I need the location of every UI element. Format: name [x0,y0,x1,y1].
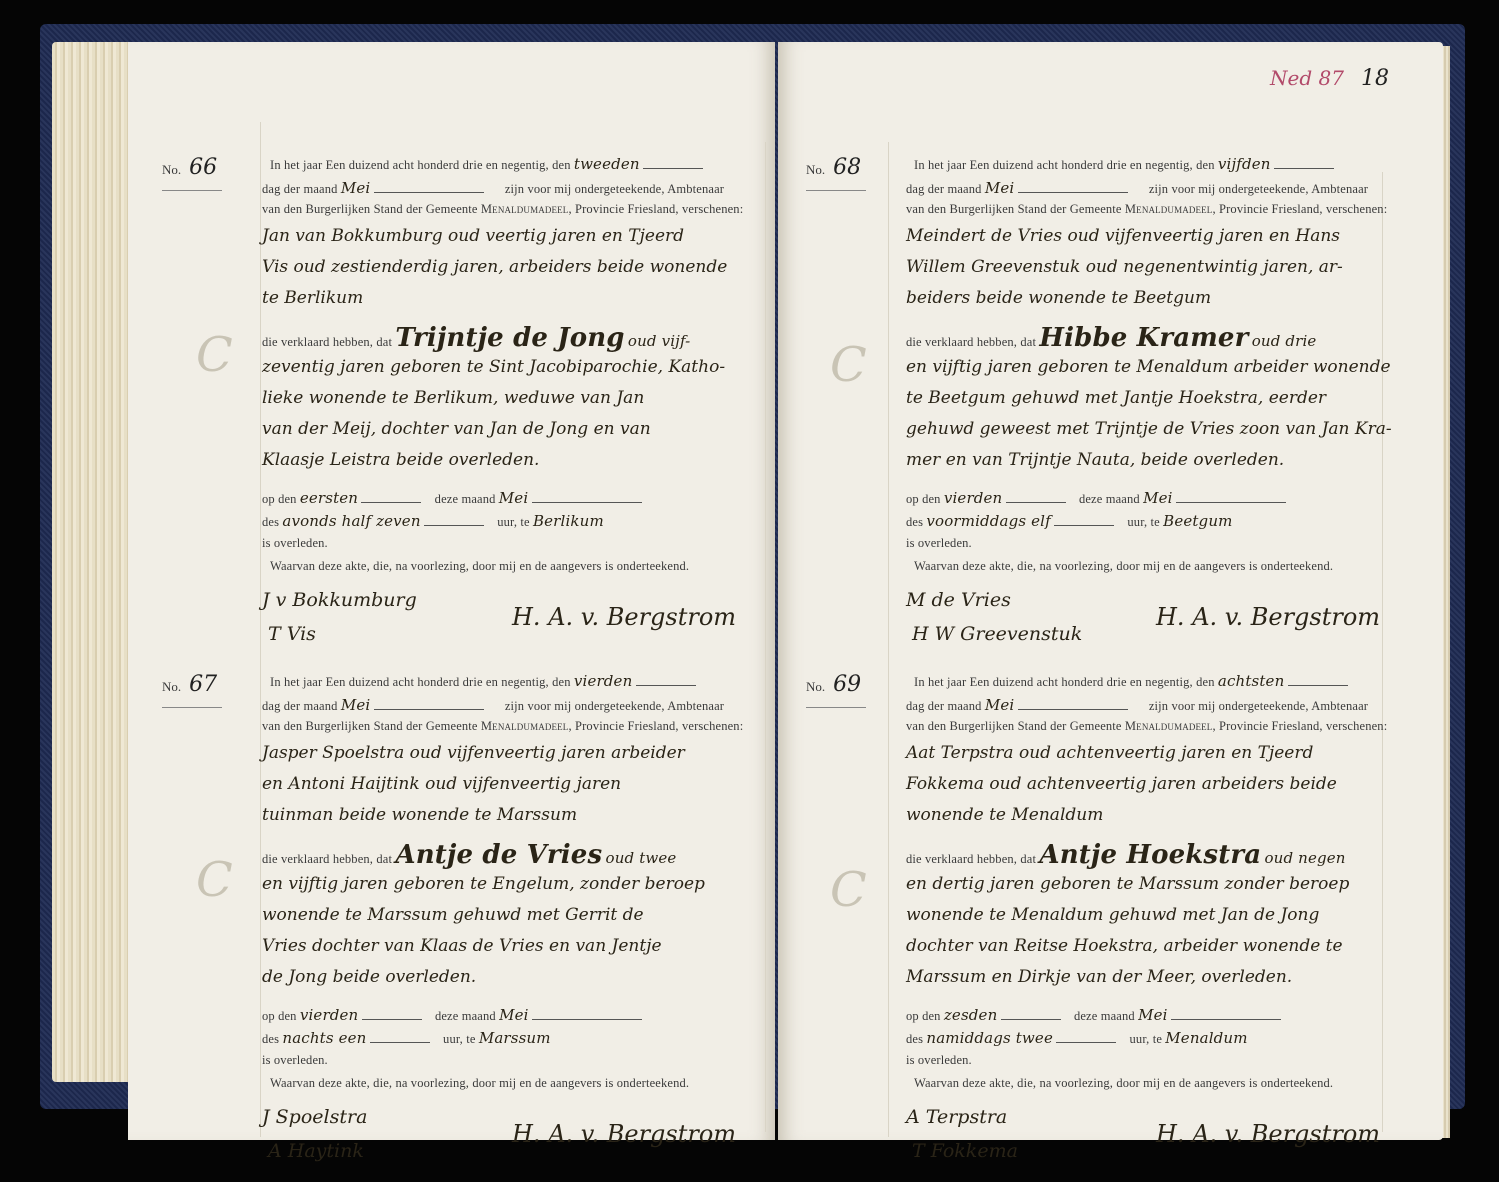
handwritten-text: Berlikum [533,512,604,530]
record-month: Mei [341,696,370,714]
handwritten-line: tuinman beide wonende te Marssum [262,805,862,836]
handwritten-line: te Beetgum gehuwd met Jantje Hoekstra, e… [906,388,1499,419]
printed-text: van den Burgerlijken Stand der Gemeente [262,719,478,733]
record-month: Mei [985,179,1014,197]
signature-witness-1: J v Bokkumburg [262,589,417,611]
printed-text: op den [906,1009,941,1023]
printed-text: deze maand [1074,1009,1135,1023]
signature-registrar: H. A. v. Bergstrom [1156,1120,1380,1148]
witnesses-block: Aat Terpstra oud achtenveertig jaren en … [906,743,1499,836]
printed-text: Menaldumadeel [481,719,569,733]
handwritten-line: Aat Terpstra oud achtenveertig jaren en … [906,743,1499,774]
signature-witness-2: H W Greevenstuk [912,623,1082,645]
printed-text: dag der maand [906,699,982,713]
handwritten-line: en Antoni Haijtink oud vijfenveertig jar… [262,774,862,805]
printed-text: des [906,515,923,529]
handwritten-text: namiddags twee [926,1029,1053,1047]
handwritten-text: 66 [189,155,217,180]
page-edges-left [52,42,132,1082]
declared-line: die verklaard hebben, dat Antje de Vries… [262,840,862,874]
handwritten-line: de Jong beide overleden. [262,967,862,998]
printed-text: Menaldumadeel [1125,719,1213,733]
handwritten-line: wonende te Marssum gehuwd met Gerrit de [262,905,862,936]
printed-text: uur, te [1127,515,1159,529]
record-number: No.69 [806,672,866,708]
handwritten-text: zesden [944,1006,998,1024]
printed-text: deze maand [435,492,496,506]
blank-rule [1288,684,1348,686]
handwritten-line: te Berlikum [262,288,862,319]
printed-text: op den [262,1009,297,1023]
death-record-68: No.68 In het jaar Een duizend acht honde… [906,155,1499,673]
deceased-name: Hibbe Kramer [1039,323,1248,353]
declared-line: die verklaard hebben, dat Trijntje de Jo… [262,323,862,357]
printed-text: deze maand [435,1009,496,1023]
handwritten-text: oud negen [1265,849,1346,867]
handwritten-line: en vijftig jaren geboren te Menaldum arb… [906,357,1499,388]
handwritten-text: Marssum [479,1029,551,1047]
death-record-66: No.66 In het jaar Een duizend acht honde… [262,155,862,673]
printed-text: In het jaar Een duizend acht honderd dri… [914,158,1215,172]
blank-rule [1176,501,1286,503]
printed-text: , Provincie Friesland, verschenen: [568,719,743,733]
page-number: 18 [1361,66,1389,91]
blank-rule [374,191,484,193]
handwritten-line: lieke wonende te Berlikum, weduwe van Ja… [262,388,862,419]
details-block: en vijftig jaren geboren te Menaldum arb… [906,357,1499,481]
record-line-municipality: van den Burgerlijken Stand der Gemeente … [906,719,1499,743]
handwritten-text: voormiddags elf [926,512,1050,530]
blank-rule [374,708,484,710]
handwritten-line: Jan van Bokkumburg oud veertig jaren en … [262,226,862,257]
handwritten-text: Mei [499,1006,528,1024]
record-number: No.66 [162,155,222,191]
folio-number: Ned 87 18 [1270,66,1389,91]
closing-line: Waarvan deze akte, die, na voorlezing, d… [262,1076,862,1100]
signatures: A Terpstra T Fokkema H. A. v. Bergstrom [906,1100,1499,1182]
printed-text: die verklaard hebben, dat [906,852,1036,866]
record-line-year: In het jaar Een duizend acht honderd dri… [262,672,862,696]
printed-text: dag der maand [262,182,338,196]
blank-rule [636,684,696,686]
death-record-69: No.69 In het jaar Een duizend acht honde… [906,672,1499,1182]
printed-text: , Provincie Friesland, verschenen: [568,202,743,216]
printed-text: van den Burgerlijken Stand der Gemeente [906,202,1122,216]
signatures: J Spoelstra A Haytink H. A. v. Bergstrom [262,1100,862,1182]
printed-text: No. [162,679,181,694]
printed-text: Menaldumadeel [1125,202,1213,216]
record-line-month: dag der maand Mei zijn voor mij onderget… [906,179,1499,203]
printed-text: uur, te [497,515,529,529]
blank-rule [1018,191,1128,193]
printed-text: van den Burgerlijken Stand der Gemeente [262,202,478,216]
signature-registrar: H. A. v. Bergstrom [512,1120,736,1148]
details-block: en vijftig jaren geboren te Engelum, zon… [262,874,862,998]
record-month: Mei [985,696,1014,714]
death-date-line: op den zesden deze maand Mei [906,1006,1499,1030]
record-line-year: In het jaar Een duizend acht honderd dri… [262,155,862,179]
blank-rule [643,167,703,169]
printed-text: zijn voor mij ondergeteekende, Ambtenaar [505,699,724,713]
blank-rule [1001,1018,1061,1020]
printed-text: die verklaard hebben, dat [262,335,392,349]
printed-text: dag der maand [906,182,982,196]
handwritten-line: gehuwd geweest met Trijntje de Vries zoo… [906,419,1499,450]
printed-text: uur, te [1130,1032,1162,1046]
deceased-name: Antje Hoekstra [1039,840,1261,870]
handwritten-text: Mei [499,489,528,507]
declared-line: die verklaard hebben, dat Antje Hoekstra… [906,840,1499,874]
printed-text: No. [806,162,825,177]
printed-text: zijn voor mij ondergeteekende, Ambtenaar [505,182,724,196]
overleden-line: is overleden. [262,1053,862,1077]
printed-text: zijn voor mij ondergeteekende, Ambtenaar [1149,182,1368,196]
signature-registrar: H. A. v. Bergstrom [1156,603,1380,631]
handwritten-text: 69 [833,672,861,697]
signature-witness-1: J Spoelstra [262,1106,367,1128]
printed-text: , Provincie Friesland, verschenen: [1212,202,1387,216]
blank-rule [1171,1018,1281,1020]
death-date-line: op den vierden deze maand Mei [262,1006,862,1030]
overleden-line: is overleden. [906,536,1499,560]
handwritten-text: Beetgum [1163,512,1232,530]
printed-text: op den [906,492,941,506]
handwritten-line: dochter van Reitse Hoekstra, arbeider wo… [906,936,1499,967]
record-day: vierden [574,672,633,690]
record-number: No.67 [162,672,222,708]
handwritten-text: 68 [833,155,861,180]
closing-line: Waarvan deze akte, die, na voorlezing, d… [262,559,862,583]
handwritten-text: avonds half zeven [282,512,420,530]
deceased-name: Trijntje de Jong [395,323,624,353]
death-time-line: des voormiddags elf uur, te Beetgum [906,512,1499,536]
handwritten-line: Willem Greevenstuk oud negenentwintig ja… [906,257,1499,288]
printed-text: des [262,1032,279,1046]
record-line-month: dag der maand Mei zijn voor mij onderget… [906,696,1499,720]
deceased-name: Antje de Vries [395,840,602,870]
record-line-month: dag der maand Mei zijn voor mij onderget… [262,696,862,720]
details-block: zeventig jaren geboren te Sint Jacobipar… [262,357,862,481]
record-line-year: In het jaar Een duizend acht honderd dri… [906,672,1499,696]
signature-witness-1: M de Vries [906,589,1011,611]
blank-rule [1056,1041,1116,1043]
handwritten-text: 67 [189,672,217,697]
handwritten-line: en vijftig jaren geboren te Engelum, zon… [262,874,862,905]
death-date-line: op den eersten deze maand Mei [262,489,862,513]
record-month: Mei [341,179,370,197]
handwritten-line: en dertig jaren geboren te Marssum zonde… [906,874,1499,905]
printed-text: In het jaar Een duizend acht honderd dri… [914,675,1215,689]
details-block: en dertig jaren geboren te Marssum zonde… [906,874,1499,998]
record-day: tweeden [574,155,640,173]
death-time-line: des namiddags twee uur, te Menaldum [906,1029,1499,1053]
printed-text: In het jaar Een duizend acht honderd dri… [270,675,571,689]
handwritten-line: Vis oud zestienderdig jaren, arbeiders b… [262,257,862,288]
handwritten-line: Vries dochter van Klaas de Vries en van … [262,936,862,967]
handwritten-line: wonende te Menaldum [906,805,1499,836]
printed-text: In het jaar Een duizend acht honderd dri… [270,158,571,172]
handwritten-text: Mei [1138,1006,1167,1024]
blank-rule [1274,167,1334,169]
handwritten-line: Jasper Spoelstra oud vijfenveertig jaren… [262,743,862,774]
death-date-line: op den vierden deze maand Mei [906,489,1499,513]
blank-rule [362,1018,422,1020]
signature-witness-2: A Haytink [268,1140,364,1162]
blank-rule [424,524,484,526]
margin-rule [888,142,889,1137]
record-number: No.68 [806,155,866,191]
printed-text: dag der maand [262,699,338,713]
printed-text: op den [262,492,297,506]
ghost-mark: C [196,327,233,383]
printed-text: des [262,515,279,529]
signature-witness-2: T Fokkema [912,1140,1018,1162]
handwritten-line: van der Meij, dochter van Jan de Jong en… [262,419,862,450]
handwritten-text: nachts een [282,1029,366,1047]
record-line-municipality: van den Burgerlijken Stand der Gemeente … [262,719,862,743]
printed-text: , Provincie Friesland, verschenen: [1212,719,1387,733]
signatures: J v Bokkumburg T Vis H. A. v. Bergstrom [262,583,862,673]
ghost-mark: C [196,852,233,908]
handwritten-line: Marssum en Dirkje van der Meer, overlede… [906,967,1499,998]
handwritten-line: Klaasje Leistra beide overleden. [262,450,862,481]
signature-witness-2: T Vis [268,623,316,645]
margin-rule [260,122,261,1137]
printed-text: uur, te [443,1032,475,1046]
printed-text: die verklaard hebben, dat [262,852,392,866]
handwritten-line: Fokkema oud achtenveertig jaren arbeider… [906,774,1499,805]
printed-text: zijn voor mij ondergeteekende, Ambtenaar [1149,699,1368,713]
death-time-line: des nachts een uur, te Marssum [262,1029,862,1053]
death-record-67: No.67 In het jaar Een duizend acht honde… [262,672,862,1182]
death-time-line: des avonds half zeven uur, te Berlikum [262,512,862,536]
handwritten-line: zeventig jaren geboren te Sint Jacobipar… [262,357,862,388]
witnesses-block: Jan van Bokkumburg oud veertig jaren en … [262,226,862,319]
record-line-year: In het jaar Een duizend acht honderd dri… [906,155,1499,179]
blank-rule [370,1041,430,1043]
handwritten-text: vierden [944,489,1003,507]
record-line-month: dag der maand Mei zijn voor mij onderget… [262,179,862,203]
handwritten-text: Mei [1143,489,1172,507]
closing-line: Waarvan deze akte, die, na voorlezing, d… [906,559,1499,583]
signature-witness-1: A Terpstra [906,1106,1007,1128]
overleden-line: is overleden. [262,536,862,560]
handwritten-text: oud twee [606,849,677,867]
handwritten-text: vierden [300,1006,359,1024]
handwritten-text: oud vijf- [628,332,690,350]
blank-rule [361,501,421,503]
handwritten-line: mer en van Trijntje Nauta, beide overled… [906,450,1499,481]
record-day: achtsten [1218,672,1285,690]
blank-rule [1006,501,1066,503]
closing-line: Waarvan deze akte, die, na voorlezing, d… [906,1076,1499,1100]
printed-text: van den Burgerlijken Stand der Gemeente [906,719,1122,733]
handwritten-line: beiders beide wonende te Beetgum [906,288,1499,319]
blank-rule [532,501,642,503]
record-line-municipality: van den Burgerlijken Stand der Gemeente … [262,202,862,226]
blank-rule [1018,708,1128,710]
witnesses-block: Jasper Spoelstra oud vijfenveertig jaren… [262,743,862,836]
witnesses-block: Meindert de Vries oud vijfenveertig jare… [906,226,1499,319]
printed-text: Menaldumadeel [481,202,569,216]
printed-text: No. [806,679,825,694]
folio-stamp: Ned 87 [1270,66,1344,90]
signatures: M de Vries H W Greevenstuk H. A. v. Berg… [906,583,1499,673]
record-day: vijfden [1218,155,1271,173]
handwritten-text: Menaldum [1165,1029,1247,1047]
record-line-municipality: van den Burgerlijken Stand der Gemeente … [906,202,1499,226]
handwritten-line: Meindert de Vries oud vijfenveertig jare… [906,226,1499,257]
handwritten-text: eersten [300,489,358,507]
overleden-line: is overleden. [906,1053,1499,1077]
blank-rule [532,1018,642,1020]
handwritten-line: wonende te Menaldum gehuwd met Jan de Jo… [906,905,1499,936]
blank-rule [1054,524,1114,526]
handwritten-text: oud drie [1252,332,1317,350]
printed-text: deze maand [1079,492,1140,506]
printed-text: des [906,1032,923,1046]
printed-text: die verklaard hebben, dat [906,335,1036,349]
signature-registrar: H. A. v. Bergstrom [512,603,736,631]
printed-text: No. [162,162,181,177]
declared-line: die verklaard hebben, dat Hibbe Kramer o… [906,323,1499,357]
